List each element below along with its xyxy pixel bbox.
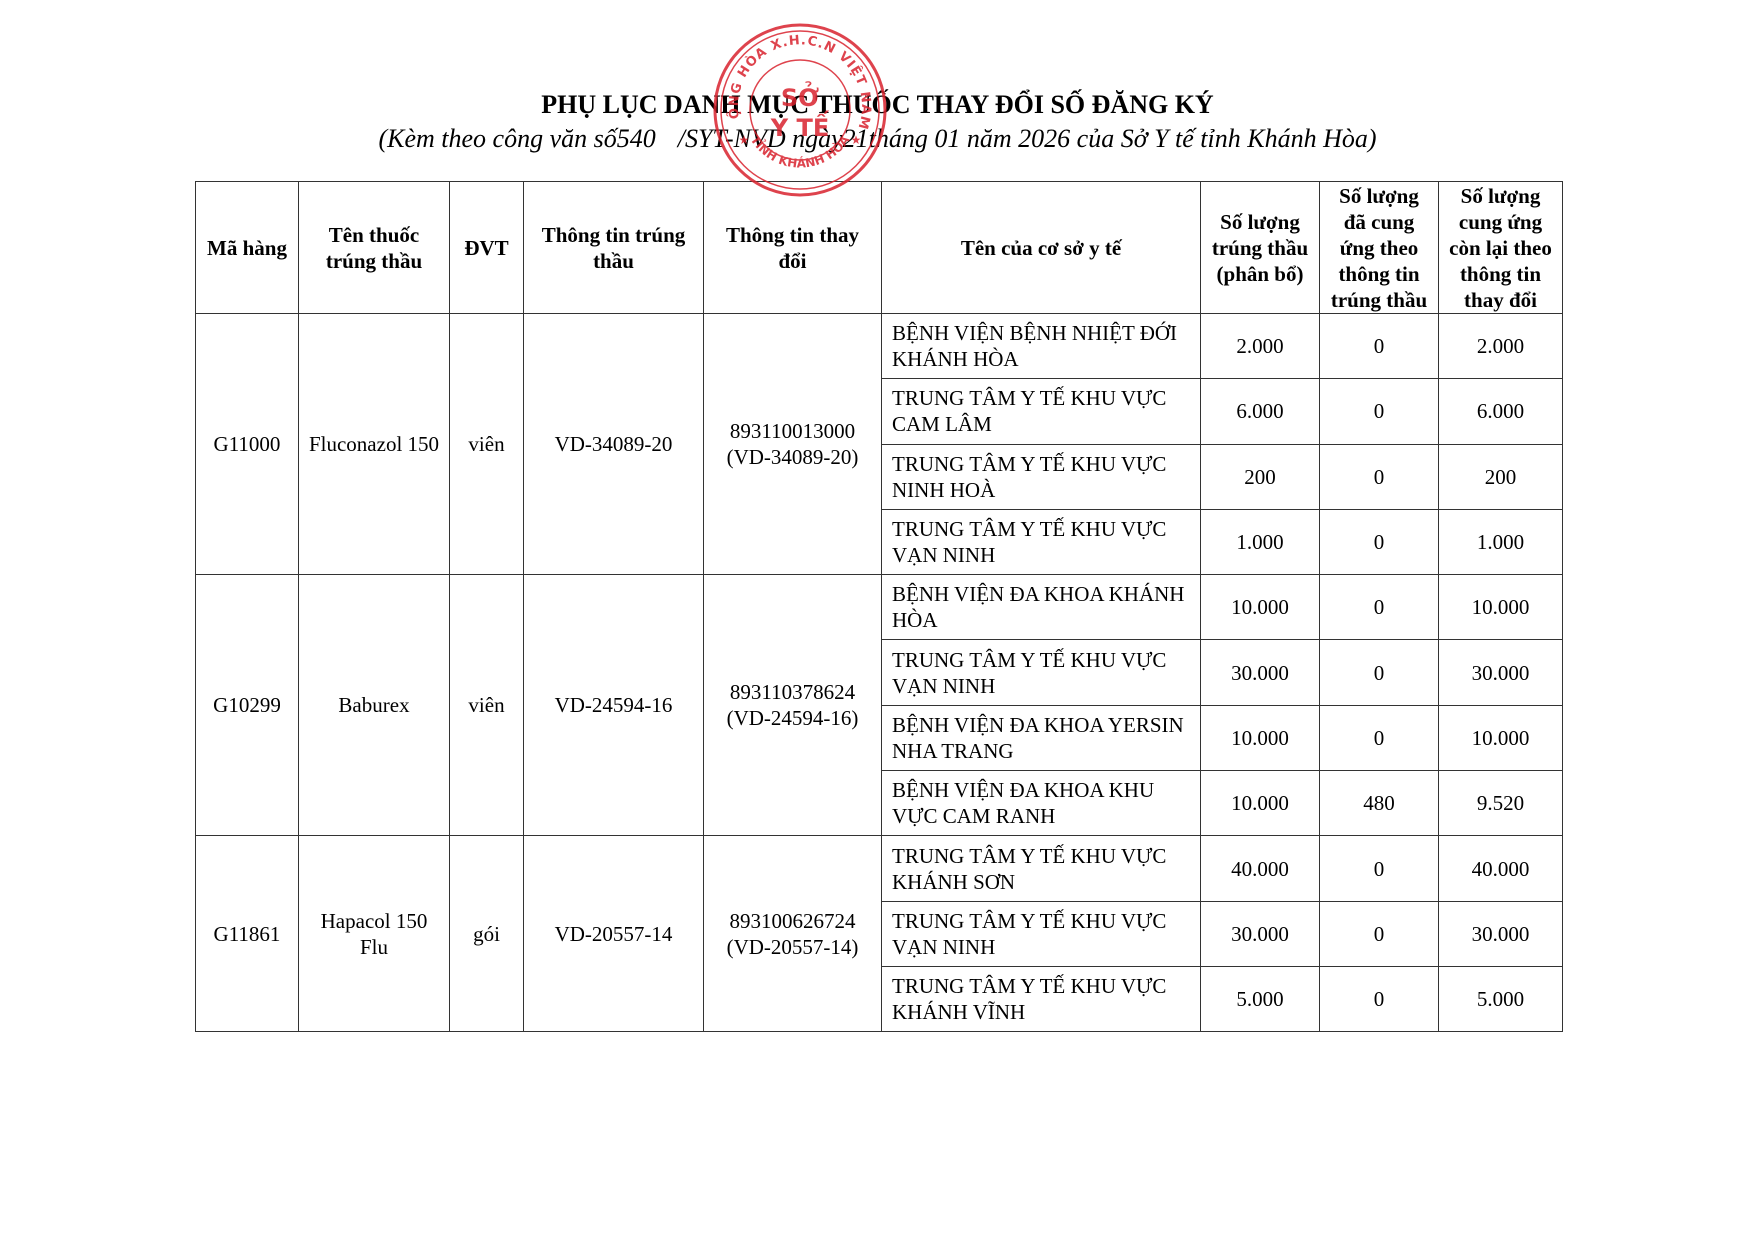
bid-info-cell: VD-24594-16 xyxy=(524,575,704,836)
header-bid-info: Thông tin trúng thầu xyxy=(524,182,704,314)
remaining-qty-cell: 10.000 xyxy=(1439,575,1563,640)
supplied-qty-cell: 0 xyxy=(1320,966,1439,1031)
bid-info-cell: VD-20557-14 xyxy=(524,836,704,1032)
facility-cell: TRUNG TÂM Y TẾ KHU VỰC VẠN NINH xyxy=(882,640,1201,705)
allocated-qty-cell: 5.000 xyxy=(1201,966,1320,1031)
header-supplied: Số lượng đã cung ứng theo thông tin trún… xyxy=(1320,182,1439,314)
header-code: Mã hàng xyxy=(196,182,299,314)
remaining-qty-cell: 9.520 xyxy=(1439,771,1563,836)
header-remaining: Số lượng cung ứng còn lại theo thông tin… xyxy=(1439,182,1563,314)
changed-info-cell: 893110013000(VD-34089-20) xyxy=(704,314,882,575)
remaining-qty-cell: 10.000 xyxy=(1439,705,1563,770)
allocated-qty-cell: 1.000 xyxy=(1201,509,1320,574)
document-title: PHỤ LỤC DANH MỤC THUỐC THAY ĐỔI SỐ ĐĂNG … xyxy=(0,90,1755,120)
drug-code-cell: G10299 xyxy=(196,575,299,836)
bid-info-cell: VD-34089-20 xyxy=(524,314,704,575)
subtitle-reference: (Kèm theo công văn số540 xyxy=(378,124,655,153)
remaining-qty-cell: 30.000 xyxy=(1439,640,1563,705)
changed-info-cell: 893100626724(VD-20557-14) xyxy=(704,836,882,1032)
remaining-qty-cell: 5.000 xyxy=(1439,966,1563,1031)
supplied-qty-cell: 0 xyxy=(1320,640,1439,705)
facility-cell: BỆNH VIỆN BỆNH NHIỆT ĐỚI KHÁNH HÒA xyxy=(882,314,1201,379)
header-unit: ĐVT xyxy=(450,182,524,314)
subtitle-date-issuer: /SYT-NVD ngày21tháng 01 năm 2026 của Sở … xyxy=(678,124,1377,153)
drug-code-cell: G11861 xyxy=(196,836,299,1032)
allocated-qty-cell: 30.000 xyxy=(1201,640,1320,705)
supplied-qty-cell: 0 xyxy=(1320,901,1439,966)
changed-info-new-number: 893100626724 xyxy=(710,908,875,934)
facility-cell: TRUNG TÂM Y TẾ KHU VỰC NINH HOÀ xyxy=(882,444,1201,509)
changed-info-old-number: (VD-24594-16) xyxy=(710,705,875,731)
facility-cell: TRUNG TÂM Y TẾ KHU VỰC VẠN NINH xyxy=(882,901,1201,966)
header-changed-info: Thông tin thay đổi xyxy=(704,182,882,314)
remaining-qty-cell: 200 xyxy=(1439,444,1563,509)
facility-cell: TRUNG TÂM Y TẾ KHU VỰC CAM LÂM xyxy=(882,379,1201,444)
changed-info-old-number: (VD-34089-20) xyxy=(710,444,875,470)
unit-cell: viên xyxy=(450,314,524,575)
drug-name-cell: Baburex xyxy=(299,575,450,836)
drug-name-cell: Fluconazol 150 xyxy=(299,314,450,575)
table-row: G11861Hapacol 150 FlugóiVD-20557-1489310… xyxy=(196,836,1563,901)
allocated-qty-cell: 2.000 xyxy=(1201,314,1320,379)
facility-cell: TRUNG TÂM Y TẾ KHU VỰC KHÁNH SƠN xyxy=(882,836,1201,901)
supplied-qty-cell: 0 xyxy=(1320,836,1439,901)
remaining-qty-cell: 2.000 xyxy=(1439,314,1563,379)
allocated-qty-cell: 40.000 xyxy=(1201,836,1320,901)
supplied-qty-cell: 0 xyxy=(1320,575,1439,640)
document-subtitle: (Kèm theo công văn số540/SYT-NVD ngày21t… xyxy=(0,124,1755,154)
supplied-qty-cell: 0 xyxy=(1320,509,1439,574)
table-row: G10299BaburexviênVD-24594-16893110378624… xyxy=(196,575,1563,640)
header-allocated: Số lượng trúng thầu (phân bổ) xyxy=(1201,182,1320,314)
facility-cell: BỆNH VIỆN ĐA KHOA KHU VỰC CAM RANH xyxy=(882,771,1201,836)
supplied-qty-cell: 0 xyxy=(1320,379,1439,444)
facility-cell: BỆNH VIỆN ĐA KHOA YERSIN NHA TRANG xyxy=(882,705,1201,770)
unit-cell: viên xyxy=(450,575,524,836)
allocated-qty-cell: 200 xyxy=(1201,444,1320,509)
changed-info-new-number: 893110013000 xyxy=(710,418,875,444)
drug-name-cell: Hapacol 150 Flu xyxy=(299,836,450,1032)
remaining-qty-cell: 1.000 xyxy=(1439,509,1563,574)
changed-info-new-number: 893110378624 xyxy=(710,679,875,705)
facility-cell: TRUNG TÂM Y TẾ KHU VỰC KHÁNH VĨNH xyxy=(882,966,1201,1031)
supplied-qty-cell: 0 xyxy=(1320,705,1439,770)
allocated-qty-cell: 6.000 xyxy=(1201,379,1320,444)
allocated-qty-cell: 10.000 xyxy=(1201,575,1320,640)
remaining-qty-cell: 30.000 xyxy=(1439,901,1563,966)
facility-cell: TRUNG TÂM Y TẾ KHU VỰC VẠN NINH xyxy=(882,509,1201,574)
supplied-qty-cell: 0 xyxy=(1320,444,1439,509)
unit-cell: gói xyxy=(450,836,524,1032)
changed-info-old-number: (VD-20557-14) xyxy=(710,934,875,960)
header-facility: Tên của cơ sở y tế xyxy=(882,182,1201,314)
table-body: G11000Fluconazol 150viênVD-34089-2089311… xyxy=(196,314,1563,1032)
header-drug-name: Tên thuốc trúng thầu xyxy=(299,182,450,314)
remaining-qty-cell: 40.000 xyxy=(1439,836,1563,901)
allocated-qty-cell: 10.000 xyxy=(1201,705,1320,770)
supplied-qty-cell: 0 xyxy=(1320,314,1439,379)
drug-code-cell: G11000 xyxy=(196,314,299,575)
drug-change-table: Mã hàng Tên thuốc trúng thầu ĐVT Thông t… xyxy=(195,181,1563,1032)
allocated-qty-cell: 30.000 xyxy=(1201,901,1320,966)
changed-info-cell: 893110378624(VD-24594-16) xyxy=(704,575,882,836)
table-row: G11000Fluconazol 150viênVD-34089-2089311… xyxy=(196,314,1563,379)
table-header-row: Mã hàng Tên thuốc trúng thầu ĐVT Thông t… xyxy=(196,182,1563,314)
allocated-qty-cell: 10.000 xyxy=(1201,771,1320,836)
remaining-qty-cell: 6.000 xyxy=(1439,379,1563,444)
supplied-qty-cell: 480 xyxy=(1320,771,1439,836)
facility-cell: BỆNH VIỆN ĐA KHOA KHÁNH HÒA xyxy=(882,575,1201,640)
